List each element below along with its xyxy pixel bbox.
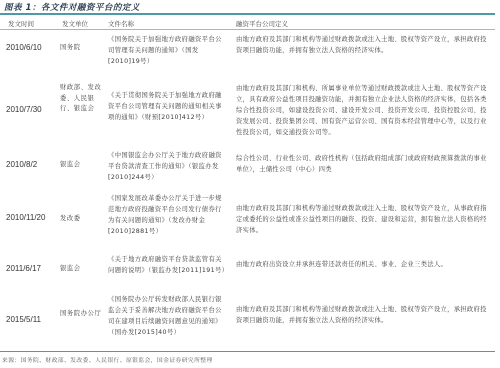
header-rule xyxy=(0,29,495,30)
cell-definition: 由地方政府及其部门和机构、所属事业单位等通过财政拨款或注入土地、股权等资产设立，… xyxy=(236,83,492,138)
cell-document: 《国务院关于加强地方政府融资平台公司管理有关问题的通知》（国发[2010]19号… xyxy=(108,34,228,67)
header-date: 发文时间 xyxy=(8,19,34,28)
cell-unit: 银监会 xyxy=(60,264,102,275)
cell-date: 2011/6/17 xyxy=(6,264,41,275)
cell-definition: 由地方政府及其部门和机构等通过财政拨款或注入土地、股权等资产设立，从事政府指定或… xyxy=(236,203,492,236)
cell-unit: 银监会 xyxy=(60,160,102,171)
cell-unit: 财政部、发改委、人民银行、银监会 xyxy=(60,83,102,115)
cell-unit: 国务院 xyxy=(60,43,102,54)
header-definition: 融资平台公司定义 xyxy=(236,19,288,28)
top-rule xyxy=(0,13,495,15)
cell-document: 《国务院办公厅转发财政部人民银行银监会关于妥善解决地方政府融资平台公司在建项目后… xyxy=(108,294,228,338)
bottom-rule xyxy=(0,351,495,352)
table-header: 发文时间 发文单位 文件名称 融资平台公司定义 xyxy=(0,16,495,29)
header-document: 文件名称 xyxy=(108,19,134,28)
cell-document: 《关于地方政府融资平台贷款监管有关问题的说明》（银监办发[2011]191号） xyxy=(108,254,228,276)
cell-definition: 由地方政府出资设立并承担连带还款责任的机关、事业、企业三类法人。 xyxy=(236,259,492,270)
cell-document: 《国家发展改革委办公厅关于进一步规范地方政府投融资平台公司发行债券行为有关问题的… xyxy=(108,193,228,237)
cell-definition: 由地方政府及其部门和机构等通过财政拨款或注入土地、股权等资产设立，承担政府投资项… xyxy=(236,304,492,326)
cell-definition: 由地方政府及其部门和机构等通过财政拨款或注入土地、股权等资产设立，承担政府投资项… xyxy=(236,34,492,56)
cell-document: 《关于贯彻国务院关于加强地方政府融资平台公司管理有关问题的通知相关事项的通知》（… xyxy=(108,90,228,123)
cell-unit: 国务院办公厅 xyxy=(60,309,102,320)
header-unit: 发文单位 xyxy=(62,19,88,28)
cell-date: 2010/8/2 xyxy=(6,160,37,171)
cell-definition: 综合性公司、行业性公司、政府性机构（包括政府组成部门或政府财政预算拨款的事业单位… xyxy=(236,153,492,175)
cell-date: 2010/11/20 xyxy=(6,213,45,224)
cell-document: 《中国银监会办公厅关于地方政府融资平台贷款清查工作的通知》（银监办发[2010]… xyxy=(108,150,228,183)
figure-title: 图表 1：各文件对融资平台的定义 xyxy=(4,1,140,13)
cell-date: 2015/5/11 xyxy=(6,315,41,326)
source-note: 来源：国务院、财政部、发改委、人民银行、原银监会，国金证券研究所整理 xyxy=(2,355,213,364)
cell-date: 2010/6/10 xyxy=(6,43,42,54)
cell-unit: 发改委 xyxy=(60,214,102,225)
cell-date: 2010/7/30 xyxy=(6,105,42,116)
